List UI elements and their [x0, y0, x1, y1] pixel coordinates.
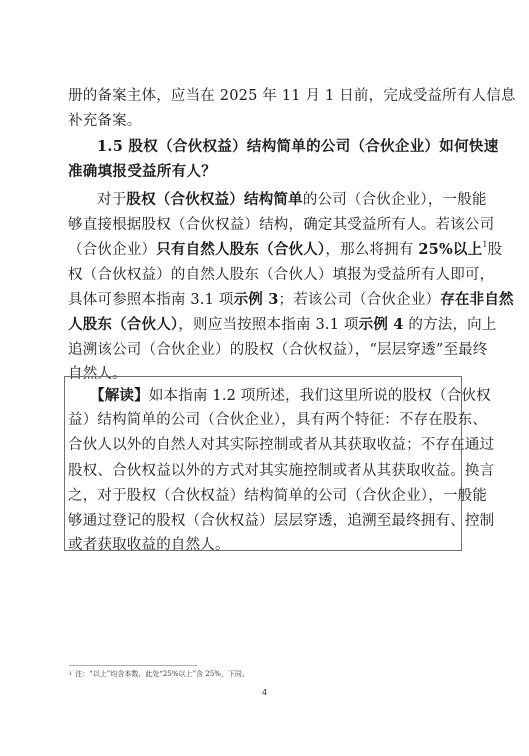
footnote: 1注：“以上”均含本数，此处“25%以上”含 25%，下同。	[69, 669, 249, 679]
paragraph-line: 追溯该公司（合伙企业）的股权（合伙权益），“层层穿透”至最终	[68, 340, 462, 360]
box-line: 之，对于股权（合伙权益）结构简单的公司（合伙企业），一般能	[68, 486, 462, 506]
text: （合伙企业）	[68, 242, 156, 258]
footnote-marker: 1	[69, 671, 72, 677]
paragraph-line: 补充备案。	[68, 111, 462, 131]
paragraph-line: 具体可参照本指南 3.1 项示例 3；若该公司（合伙企业）存在非自然	[68, 290, 462, 310]
bold-text: 股权（合伙权益）结构简单	[126, 191, 302, 208]
text: 的方法，向上	[404, 317, 497, 333]
bold-text: 人股东（合伙人）	[68, 316, 178, 333]
paragraph-line: 够直接根据股权（合伙权益）结构，确定其受益所有人。若该公司	[68, 215, 462, 235]
section-heading-cont: 准确填报受益所有人？	[68, 162, 216, 182]
paragraph-line: 人股东（合伙人），则应当按照本指南 3.1 项示例 4 的方法，向上	[68, 315, 462, 335]
text: 如本指南 1.2 项所述，我们这里所说的股权（合伙权	[149, 388, 491, 404]
text: ，那么将拥有	[325, 242, 418, 258]
bold-text: 示例 4	[359, 316, 404, 333]
section-number: 1.5	[97, 138, 123, 155]
footnote-text: 注：“以上”均含本数，此处“25%以上”含 25%，下同。	[75, 670, 249, 678]
section-heading: 1.5 股权（合伙权益）结构简单的公司（合伙企业）如何快速	[97, 137, 499, 157]
paragraph-line: 权（合伙权益）的自然人股东（合伙人）填报为受益所有人即可，	[68, 265, 462, 285]
section-title-line1: 股权（合伙权益）结构简单的公司（合伙企业）如何快速	[129, 138, 499, 155]
paragraph-line: 册的备案主体，应当在 2025 年 11 月 1 日前，完成受益所有人信息	[68, 86, 462, 106]
paragraph-line: （合伙企业）只有自然人股东（合伙人），那么将拥有 25%以上1股	[68, 240, 462, 260]
box-line: 【解读】如本指南 1.2 项所述，我们这里所说的股权（合伙权	[90, 386, 462, 406]
box-line: 益）结构简单的公司（合伙企业），具有两个特征：不存在股东、	[68, 410, 462, 430]
text: ；若该公司（合伙企业）	[279, 292, 441, 308]
text: 具体可参照本指南 3.1 项	[68, 292, 234, 308]
box-line: 或者获取收益的自然人。	[68, 535, 462, 555]
footnote-divider	[69, 665, 197, 666]
text: 的公司（合伙企业），一般能	[303, 192, 487, 208]
text: 股	[488, 242, 503, 258]
bold-text: 只有自然人股东（合伙人）	[156, 241, 325, 258]
box-line: 股权、合伙权益以外的方式对其实施控制或者从其获取收益。换言	[68, 461, 462, 481]
page-number: 4	[262, 688, 267, 698]
box-line: 够通过登记的股权（合伙权益）层层穿透，追溯至最终拥有、控制	[68, 511, 462, 531]
document-page: 册的备案主体，应当在 2025 年 11 月 1 日前，完成受益所有人信息 补充…	[0, 0, 529, 756]
text: ，则应当按照本指南 3.1 项	[178, 317, 358, 333]
bold-text: 25%以上	[418, 241, 482, 258]
interpretation-label: 【解读】	[90, 387, 149, 404]
bold-text: 存在非自然	[440, 291, 514, 308]
paragraph-line: 对于股权（合伙权益）结构简单的公司（合伙企业），一般能	[97, 190, 462, 210]
bold-text: 示例 3	[234, 291, 279, 308]
box-line: 合伙人以外的自然人对其实际控制或者从其获取收益；不存在通过	[68, 435, 462, 455]
text: 对于	[97, 192, 126, 208]
